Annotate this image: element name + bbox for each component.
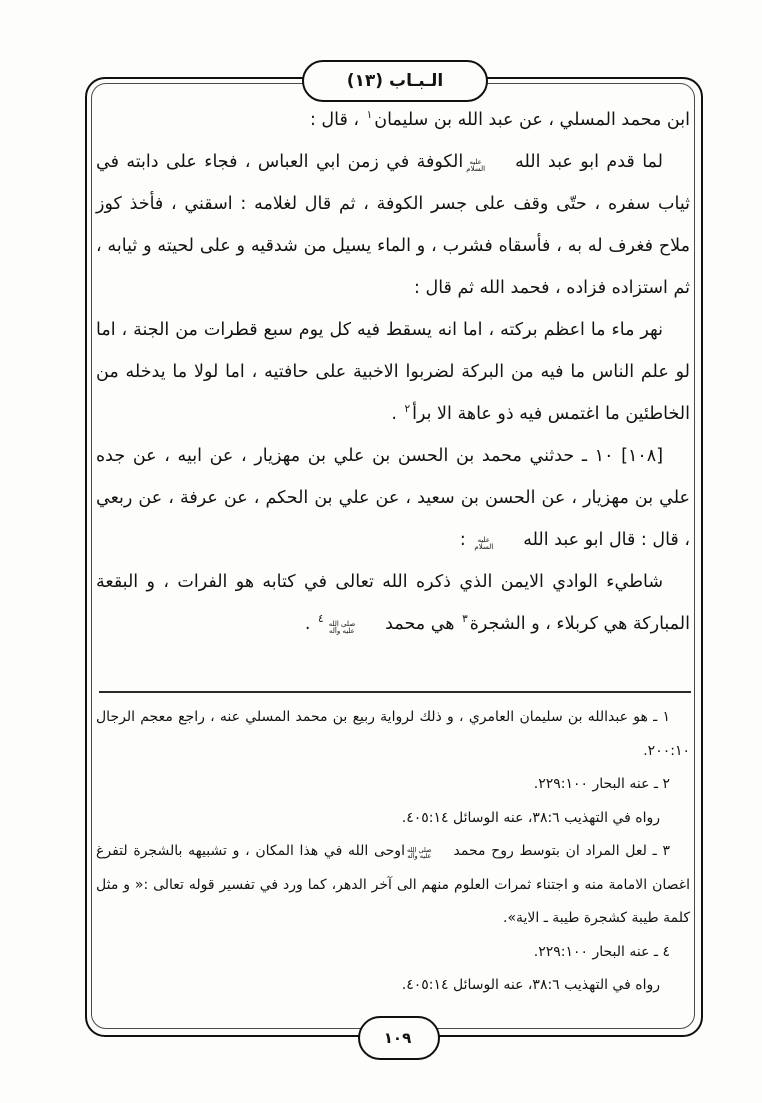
footnote-ref-4: ٤ [318,613,324,625]
paragraph-text: ابن محمد المسلي ، عن عبد الله بن سليمان [374,110,690,130]
footnotes-section: ١ ـ هو عبدالله بن سليمان العامري ، و ذلك… [96,701,690,1003]
alayhis-salam-symbol: عليهالسلام [474,537,520,551]
sallallahu-alayhi-waalihi-symbol: صلى اللهعليه وآله [329,621,382,635]
honorific-line: السلام [474,544,520,551]
footnote-text: رواه في التهذيب ٣٨:٦، عنه الوسائل ٤٠٥:١٤… [402,810,660,826]
footnote-1: ١ ـ هو عبدالله بن سليمان العامري ، و ذلك… [96,701,690,768]
body-text: ابن محمد المسلي ، عن عبد الله بن سليمان١… [96,99,690,645]
body-paragraph-5: شاطيء الوادي الايمن الذي ذكره الله تعالى… [96,561,690,645]
body-paragraph-4: [١٠٨] ١٠ ـ حدثني محمد بن الحسن بن علي بن… [96,435,690,561]
footnote-3: ٣ ـ لعل المراد ان بتوسط روح محمدصلى الله… [96,835,690,936]
chapter-header-pill: الـبـاب (١٣) [302,60,488,102]
body-paragraph-1: ابن محمد المسلي ، عن عبد الله بن سليمان١… [96,99,690,141]
body-paragraph-2: لما قدم ابو عبد اللهعليهالسلامالكوفة في … [96,141,690,309]
paragraph-text: . [391,404,402,424]
footnote-separator [99,691,691,693]
chapter-title: الـبـاب (١٣) [347,71,443,91]
footnote-ref-3: ٣ [462,613,468,625]
paragraph-text: لما قدم ابو عبد الله [515,152,663,172]
paragraph-text: [١٠٨] ١٠ ـ حدثني محمد بن الحسن بن علي بن… [96,446,690,550]
paragraph-text: الكوفة في زمن ابي العباس ، فجاء على دابت… [96,152,690,298]
honorific-line: السلام [466,166,512,173]
footnote-ref-1: ١ [367,109,373,121]
sallallahu-alayhi-waalihi-symbol: صلى اللهعليه وآله [407,847,452,860]
footnote-text: ٢ ـ عنه البحار ٢٢٩:١٠٠. [534,776,670,792]
footnote-2-continuation: رواه في التهذيب ٣٨:٦، عنه الوسائل ٤٠٥:١٤… [96,802,690,836]
honorific-line: عليه وآله [407,853,452,860]
page-number: ١٠٩ [384,1029,414,1047]
footnote-4: ٤ ـ عنه البحار ٢٢٩:١٠٠. [96,936,690,970]
body-paragraph-3: نهر ماء ما اعظم بركته ، اما انه يسقط فيه… [96,309,690,435]
honorific-line: عليه وآله [329,628,382,635]
footnote-2: ٢ ـ عنه البحار ٢٢٩:١٠٠. [96,768,690,802]
footnote-ref-2: ٢ [404,403,410,415]
page-number-pill: ١٠٩ [358,1016,440,1060]
footnote-text: ٤ ـ عنه البحار ٢٢٩:١٠٠. [534,944,670,960]
footnote-text: ٣ ـ لعل المراد ان بتوسط روح محمد [454,843,670,859]
paragraph-text: هي محمد [385,614,460,634]
paragraph-text: : [460,530,471,550]
footnote-text: رواه في التهذيب ٣٨:٦، عنه الوسائل ٤٠٥:١٤… [402,977,660,993]
paragraph-text: . [305,614,316,634]
footnote-text: ١ ـ هو عبدالله بن سليمان العامري ، و ذلك… [96,709,690,759]
footnote-4-continuation: رواه في التهذيب ٣٨:٦، عنه الوسائل ٤٠٥:١٤… [96,969,690,1003]
book-page-scan: { "header": { "chapter_title": "الـبـاب … [0,0,762,1103]
paragraph-text: ، قال : [310,110,365,130]
alayhis-salam-symbol: عليهالسلام [466,159,512,173]
